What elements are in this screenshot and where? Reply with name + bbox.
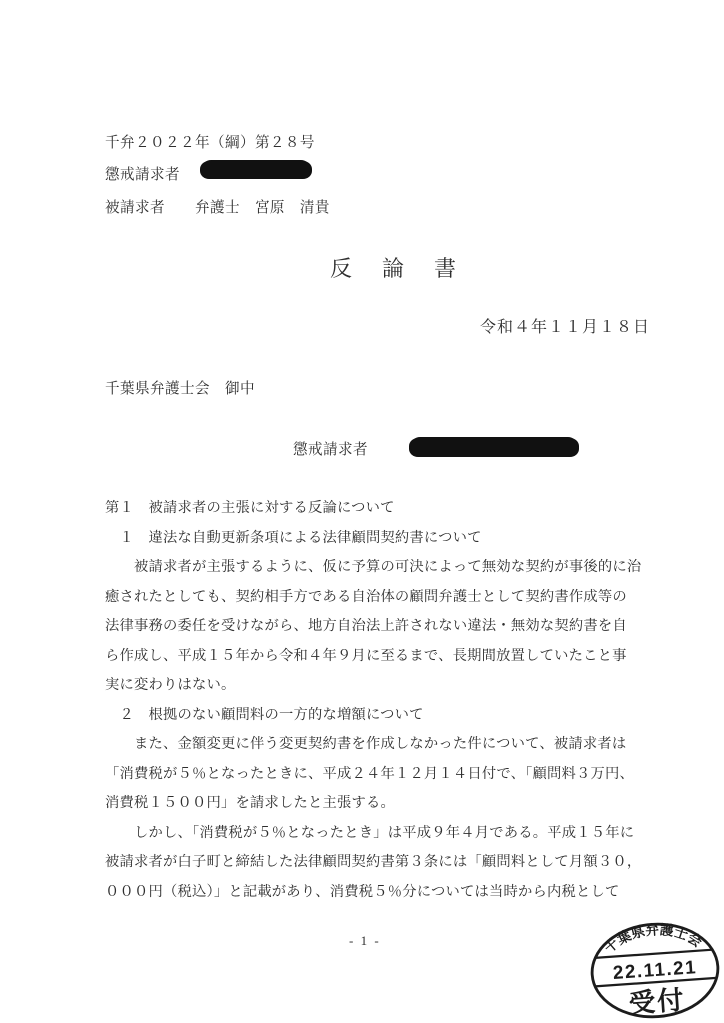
- stamp-date: 22.11.21: [612, 956, 697, 983]
- body-line: ０００円（税込）」と記載があり、消費税５％分については当時から内税として: [105, 878, 641, 908]
- respondent-line: 被請求者 弁護士 宮原 清貴: [105, 196, 330, 217]
- body-line: 法律事務の委任を受けながら、地方自治法上許されない違法・無効な契約書を自: [105, 612, 641, 642]
- body-line: 消費税１５００円」を請求したと主張する。: [105, 789, 641, 819]
- signature-name-redaction: [411, 437, 577, 456]
- body-line: 被請求者が白子町と締結した法律顧問契約書第３条には「顧問料として月額３０，: [105, 848, 641, 878]
- document-date: 令和４年１１月１８日: [480, 314, 650, 337]
- body-line: また、金額変更に伴う変更契約書を作成しなかった件について、被請求者は: [105, 730, 641, 760]
- signature-label: 懲戒請求者: [293, 438, 368, 459]
- document-body: 第１ 被請求者の主張に対する反論について １ 違法な自動更新条項による法律顧問契…: [105, 494, 641, 907]
- addressee: 千葉県弁護士会 御中: [105, 377, 255, 398]
- reception-stamp: 千葉県弁護士会 22.11.21 受付: [586, 918, 724, 1023]
- stamp-label: 受付: [628, 985, 687, 1019]
- document-page: 千弁２０２２年（綱）第２８号 懲戒請求者 被請求者 弁護士 宮原 清貴 反 論 …: [0, 0, 724, 1023]
- body-line: 第１ 被請求者の主張に対する反論について: [105, 494, 641, 524]
- document-title: 反 論 書: [330, 252, 460, 283]
- claimant-label: 懲戒請求者: [105, 163, 180, 184]
- body-line: ２ 根拠のない顧問料の一方的な増額について: [105, 701, 641, 731]
- body-line: しかし、「消費税が５％となったとき」は平成９年４月である。平成１５年に: [105, 819, 641, 849]
- body-line: 実に変わりはない。: [105, 671, 641, 701]
- page-number: - 1 -: [349, 933, 381, 949]
- body-line: １ 違法な自動更新条項による法律顧問契約書について: [105, 524, 641, 554]
- body-line: 「消費税が５％となったときに、平成２４年１２月１４日付で、「顧問料３万円、: [105, 760, 641, 790]
- body-line: 被請求者が主張するように、仮に予算の可決によって無効な契約が事後的に治: [105, 553, 641, 583]
- body-line: 癒されたとしても、契約相手方である自治体の顧問弁護士として契約書作成等の: [105, 583, 641, 613]
- body-line: ら作成し、平成１５年から令和４年９月に至るまで、長期間放置していたこと事: [105, 642, 641, 672]
- case-number: 千弁２０２２年（綱）第２８号: [105, 131, 315, 152]
- claimant-name-redaction: [202, 160, 310, 178]
